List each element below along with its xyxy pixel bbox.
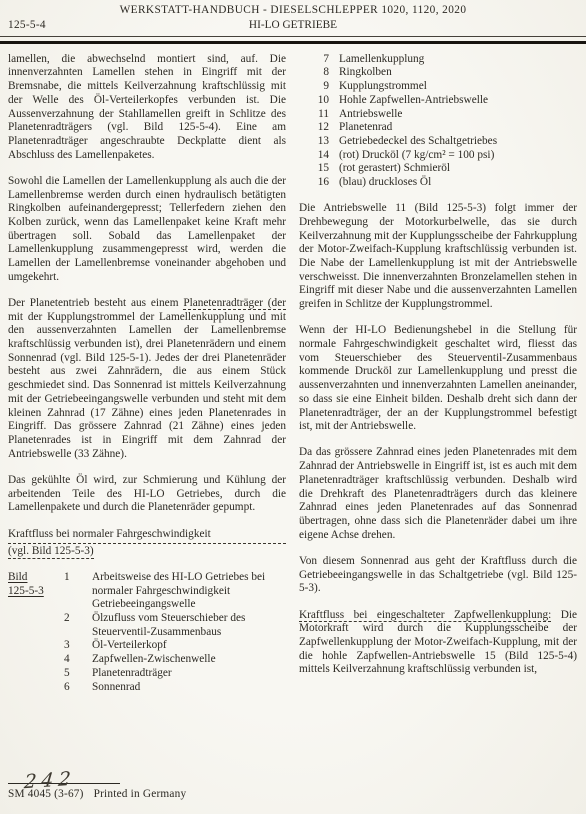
paragraph-antriebswelle: Die Antriebswelle 11 (Bild 125-5-3) folg…	[299, 202, 577, 312]
legend-item-number: 1	[64, 571, 84, 598]
header-second-row: 125-5-4 HI-LO GETRIEBE	[0, 19, 586, 33]
legend-item-text: Ringkolben	[339, 66, 577, 80]
figure-label-number: 125-5-3	[8, 585, 56, 599]
figure-caption: Arbeitsweise des HI-LO Getriebes bei nor…	[92, 571, 286, 598]
legend-item-number: 8	[299, 66, 329, 80]
legend-item-number: 14	[299, 149, 329, 163]
legend-item-number: 7	[299, 53, 329, 67]
legend-item-text: (blau) druckloses Öl	[339, 176, 577, 190]
legend-item-text: Antriebswelle	[339, 108, 577, 122]
legend-item-text: (rot) Drucköl (7 kg/cm² = 100 psi)	[339, 149, 577, 163]
legend-item-text: Getriebedeckel des Schaltgetriebes	[339, 135, 577, 149]
pto-heading: Kraftfluss bei eingeschalteter Zapfwelle…	[299, 609, 551, 623]
paragraph-lamellen: lamellen, die abwechselnd montiert sind,…	[8, 53, 286, 163]
legend-item-number: 4	[64, 653, 84, 667]
legend-item-number: 11	[299, 108, 329, 122]
paragraph-lamellenkupplung-bremse: Sowohl die Lamellen der Lamellenkupplung…	[8, 175, 286, 285]
flow-heading-normal-speed: Kraftfluss bei normaler Fahrgeschwindigk…	[8, 528, 286, 559]
legend-item-text: Kupplungstrommel	[339, 80, 577, 94]
text-columns: lamellen, die abwechselnd montiert sind,…	[0, 44, 586, 695]
legend-list-right: 7Lamellenkupplung8Ringkolben9Kupplungstr…	[299, 53, 577, 190]
header-rule-thin	[0, 36, 586, 37]
legend-item-number: 3	[64, 639, 84, 653]
legend-item-text: Hohle Zapfwellen-Antriebswelle	[339, 94, 577, 108]
flow-heading-line2: (vgl. Bild 125-5-3)	[8, 545, 286, 559]
legend-item-text: (rot gerastert) Schmieröl	[339, 162, 577, 176]
legend-item-number: 13	[299, 135, 329, 149]
figure-label-word: Bild	[8, 571, 56, 585]
paragraph-planetentrieb: Der Planetentrieb besteht aus einem Plan…	[8, 297, 286, 461]
legend-item-text: Planetenrad	[339, 121, 577, 135]
handwritten-page-number: 242	[23, 755, 288, 792]
legend-item-text: Öl-Verteilerkopf	[92, 639, 286, 653]
manual-title: WERKSTATT-HANDBUCH - DIESELSCHLEPPER 102…	[0, 4, 586, 18]
legend-item-number: 5	[64, 667, 84, 681]
right-column: 7Lamellenkupplung8Ringkolben9Kupplungstr…	[299, 53, 577, 695]
page-footer: 242 SM 4045 (3-67)Printed in Germany	[8, 764, 288, 802]
paragraph-oel-kuehlung: Das gekühlte Öl wird, zur Schmierung und…	[8, 474, 286, 515]
legend-item-number: 2	[64, 612, 84, 639]
legend-item-number: 12	[299, 121, 329, 135]
manual-page: WERKSTATT-HANDBUCH - DIESELSCHLEPPER 102…	[0, 0, 586, 814]
legend-item-number: 6	[64, 681, 84, 695]
flow-heading-line1: Kraftfluss bei normaler Fahrgeschwindigk…	[8, 528, 286, 544]
legend-item-number: 16	[299, 176, 329, 190]
legend-item-text: Getriebeeingangswelle	[92, 598, 286, 612]
legend-item-text: Sonnenrad	[92, 681, 286, 695]
paragraph-bedienungshebel: Wenn der HI-LO Bedienungshebel in die St…	[299, 324, 577, 434]
page-number: 125-5-4	[8, 19, 46, 33]
paragraph-planetentrieb-after: mit der Kupplungstrommel der Lamellenkup…	[8, 311, 286, 460]
paragraph-zapfwellenkupplung: Kraftfluss bei eingeschalteter Zapfwelle…	[299, 609, 577, 678]
figure-label: Bild 125-5-3	[8, 571, 56, 598]
legend-item-number: 10	[299, 94, 329, 108]
legend-item-text: Lamellenkupplung	[339, 53, 577, 67]
printed-in-germany: Printed in Germany	[94, 788, 187, 800]
legend-item-number: 15	[299, 162, 329, 176]
planetenradtraeger-term: Planetenradträger (der	[183, 297, 286, 311]
left-column: lamellen, die abwechselnd montiert sind,…	[8, 53, 286, 695]
legend-item-number: 9	[299, 80, 329, 94]
paragraph-groesseres-zahnrad: Da das grössere Zahnrad eines jeden Plan…	[299, 446, 577, 542]
figure-legend-block: Bild 125-5-3 Arbeitsweise des HI-LO Getr…	[8, 571, 286, 694]
paragraph-sonnenrad-kraftfluss: Von diesem Sonnenrad aus geht der Kraftf…	[299, 555, 577, 596]
legend-item-text: Zapfwellen-Zwischenwelle	[92, 653, 286, 667]
paragraph-planetentrieb-before: Der Planetentrieb besteht aus einem	[8, 297, 183, 309]
legend-item-text: Planetenradträger	[92, 667, 286, 681]
page-header: WERKSTATT-HANDBUCH - DIESELSCHLEPPER 102…	[0, 0, 586, 44]
section-title: HI-LO GETRIEBE	[249, 19, 337, 31]
legend-item-text: Ölzufluss vom Steuerschieber des Steuerv…	[92, 612, 286, 639]
